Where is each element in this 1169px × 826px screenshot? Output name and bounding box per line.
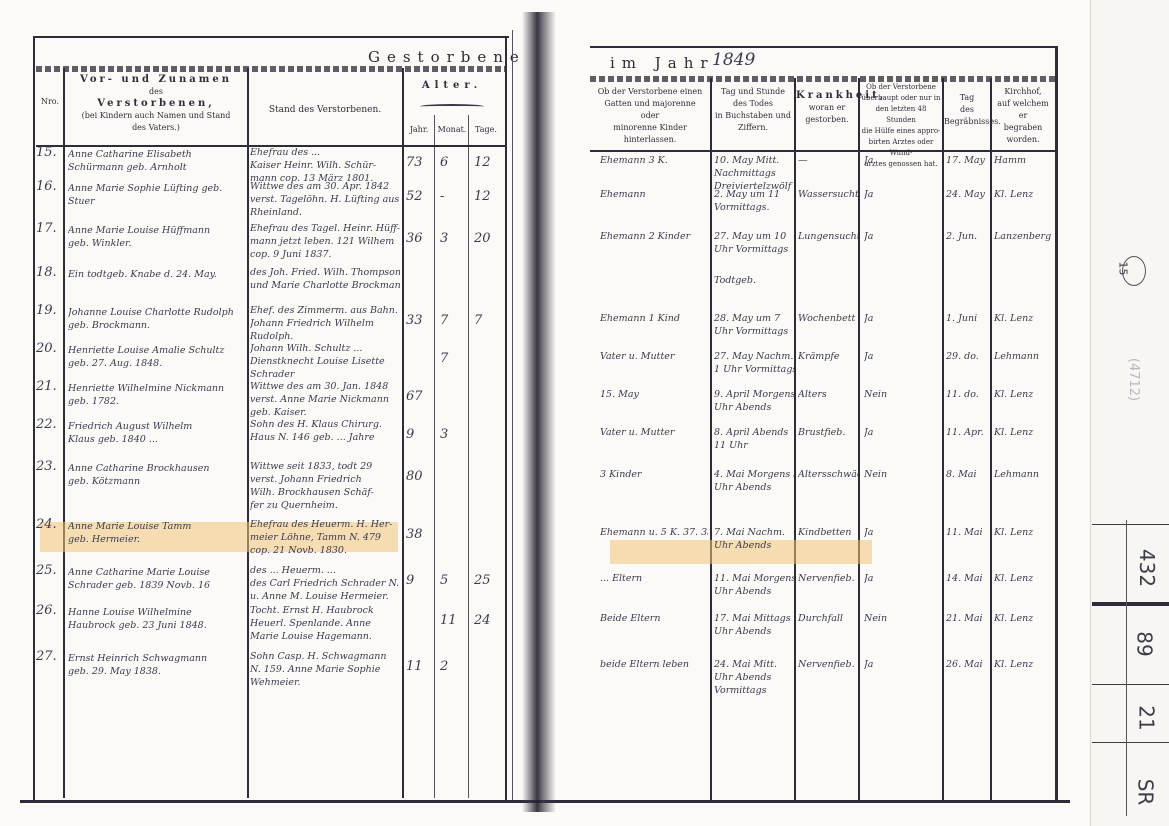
entry-survivors: Ehemann 1 Kind bbox=[600, 312, 708, 325]
entry-doctor: Nein bbox=[864, 468, 940, 481]
entry-stand: des Joh. Fried. Wilh. Thompsonund Marie … bbox=[250, 266, 400, 292]
entry-death-date: 17. Mai MittagsUhr Abends bbox=[714, 612, 794, 638]
entry-stand: Wittwe seit 1833, todt 29verst. Johann F… bbox=[250, 460, 400, 512]
entry-cause: — bbox=[798, 154, 858, 167]
decorative-rule bbox=[590, 76, 1055, 82]
entry-survivors: Ehemann u. 5 K. 37. 33. bbox=[600, 526, 708, 539]
entry-stand: Sohn des H. Klaus Chirurg.Haus N. 146 ge… bbox=[250, 418, 400, 444]
entry-stand: des ... Heuerm. ...des Carl Friedrich Sc… bbox=[250, 564, 400, 603]
header-nr: Nro. bbox=[36, 96, 64, 108]
entry-number: 18. bbox=[36, 266, 62, 279]
entry-age-years: 67 bbox=[406, 390, 434, 403]
entry-death-date: 7. Mai Nachm.Uhr Abends bbox=[714, 526, 794, 552]
grid-line bbox=[942, 78, 944, 800]
grid-line bbox=[710, 78, 712, 800]
circled-page-number: 15 bbox=[1117, 262, 1130, 276]
entry-age-years: 9 bbox=[406, 428, 434, 441]
year-handwritten: 1849 bbox=[712, 50, 755, 70]
entry-death-date: 24. Mai Mitt.Uhr AbendsVormittags bbox=[714, 658, 794, 697]
entry-number: 17. bbox=[36, 222, 62, 235]
entry-stand: Ehefrau des Heuerm. H. Her-meier Löhne, … bbox=[250, 518, 400, 557]
grid-line bbox=[434, 115, 435, 798]
header-alter: Alter. bbox=[404, 80, 500, 92]
entry-age-days: 20 bbox=[474, 232, 502, 245]
entry-cemetery: Kl. Lenz bbox=[994, 572, 1054, 585]
left-page-title: Gestorbene bbox=[368, 48, 526, 66]
entry-name: Anne Catharine Marie LouiseSchrader geb.… bbox=[68, 566, 244, 592]
entry-stand: Ehef. des Zimmerm. aus Bahn.Johann Fried… bbox=[250, 304, 400, 343]
entry-number: 20. bbox=[36, 342, 62, 355]
grid-line bbox=[63, 68, 65, 798]
entry-age-years: 33 bbox=[406, 314, 434, 327]
entry-stand: Wittwe des am 30. Apr. 1842verst. Tagelö… bbox=[250, 180, 400, 219]
entry-stand: Ehefrau des Tagel. Heinr. Hüff-mann jetz… bbox=[250, 222, 400, 261]
entry-stand: Johann Wilh. Schultz ...Dienstknecht Lou… bbox=[250, 342, 400, 381]
entry-doctor: Ja bbox=[864, 426, 940, 439]
grid-line bbox=[512, 30, 513, 800]
entry-age-years: 38 bbox=[406, 528, 434, 541]
header-bottom-rule bbox=[590, 150, 1055, 152]
entry-cause: Brustfieb. bbox=[798, 426, 858, 439]
entry-age-days: 25 bbox=[474, 574, 502, 587]
grid-line bbox=[468, 115, 469, 798]
entry-burial-date: 17. May bbox=[946, 154, 990, 167]
entry-survivors: Ehemann 2 Kinder bbox=[600, 230, 708, 243]
divider bbox=[1092, 524, 1169, 525]
entry-age-years: 80 bbox=[406, 470, 434, 483]
header-begraebniss: TagdesBegräbnisses. bbox=[944, 92, 990, 128]
entry-name: Anne Catharine Brockhausengeb. Kötzmann bbox=[68, 462, 244, 488]
entry-name: Anne Marie Sophie Lüfting geb.Stuer bbox=[68, 182, 244, 208]
entry-survivors: beide Eltern leben bbox=[600, 658, 708, 671]
entry-death-date: 4. Mai Morgens 3.Uhr Abends bbox=[714, 468, 794, 494]
entry-name: Anne Catharine ElisabethSchürmann geb. A… bbox=[68, 148, 244, 174]
entry-name: Ein todtgeb. Knabe d. 24. May. bbox=[68, 268, 244, 281]
entry-cause: Nervenfieb. bbox=[798, 572, 858, 585]
entry-survivors: ... Eltern bbox=[600, 572, 708, 585]
entry-age-months: 7 bbox=[440, 314, 466, 327]
entry-doctor: Ja bbox=[864, 188, 940, 201]
entry-doctor: Ja bbox=[864, 526, 940, 539]
divider bbox=[1092, 684, 1169, 685]
alter-flourish bbox=[420, 104, 484, 109]
divider bbox=[1092, 602, 1169, 606]
entry-death-date: 2. May um 11Vormittags. bbox=[714, 188, 794, 214]
entry-survivors: Beide Eltern bbox=[600, 612, 708, 625]
entry-age-months: 5 bbox=[440, 574, 466, 587]
entry-death-date: 11. Mai Morgens 3.Uhr Abends bbox=[714, 572, 794, 598]
header-name: Vor- und ZunamendesVerstorbenen,(bei Kin… bbox=[66, 74, 246, 134]
entry-name: Anne Marie Louise Hüffmanngeb. Winkler. bbox=[68, 224, 244, 250]
entry-name: Hanne Louise WilhelmineHaubrock geb. 23 … bbox=[68, 606, 244, 632]
entry-number: 16. bbox=[36, 180, 62, 193]
grid-line bbox=[505, 36, 507, 800]
entry-burial-date: 2. Jun. bbox=[946, 230, 990, 243]
entry-doctor: Ja bbox=[864, 312, 940, 325]
entry-number: 15. bbox=[36, 146, 62, 159]
entry-number: 23. bbox=[36, 460, 62, 473]
entry-name: Henriette Louise Amalie Schultzgeb. 27. … bbox=[68, 344, 244, 370]
grid-line bbox=[794, 78, 796, 800]
entry-cemetery: Lanzenberg bbox=[994, 230, 1054, 243]
entry-stand: Tocht. Ernst H. HaubrockHeuerl. Spenland… bbox=[250, 604, 400, 643]
archive-label-3: 21 bbox=[1135, 705, 1159, 730]
grid-line bbox=[247, 68, 249, 798]
entry-cause: Kindbetten bbox=[798, 526, 858, 539]
entry-age-years: 9 bbox=[406, 574, 434, 587]
entry-burial-date: 14. Mai bbox=[946, 572, 990, 585]
entry-burial-date: 21. Mai bbox=[946, 612, 990, 625]
entry-survivors: Vater u. Mutter bbox=[600, 426, 708, 439]
entry-death-date: 8. April Abends11 Uhr bbox=[714, 426, 794, 452]
entry-cause: Altersschwäche bbox=[798, 468, 858, 481]
entry-doctor: Ja bbox=[864, 154, 940, 167]
grid-line bbox=[858, 78, 860, 800]
entry-cemetery: Lehmann bbox=[994, 350, 1054, 363]
archive-label-2: 89 bbox=[1133, 631, 1157, 656]
header-monat: Monat. bbox=[436, 124, 468, 136]
entry-name: Friedrich August WilhelmKlaus geb. 1840 … bbox=[68, 420, 244, 446]
entry-cause: Durchfall bbox=[798, 612, 858, 625]
entry-doctor: Ja bbox=[864, 658, 940, 671]
entry-cemetery: Kl. Lenz bbox=[994, 388, 1054, 401]
entry-survivors: Ehemann 3 K. bbox=[600, 154, 708, 167]
entry-doctor: Ja bbox=[864, 572, 940, 585]
entry-cause: Lungensucht bbox=[798, 230, 858, 243]
entry-cemetery: Kl. Lenz bbox=[994, 612, 1054, 625]
entry-cause: Krämpfe bbox=[798, 350, 858, 363]
header-kirchhof: Kirchhof,auf welchemerbegraben worden. bbox=[992, 86, 1054, 146]
entry-age-months: - bbox=[440, 190, 466, 203]
entry-cemetery: Hamm bbox=[994, 154, 1054, 167]
header-krankheit: Krankheit,woran ergestorben. bbox=[796, 90, 858, 126]
entry-burial-date: 24. May bbox=[946, 188, 990, 201]
entry-survivors: Vater u. Mutter bbox=[600, 350, 708, 363]
grid-line bbox=[990, 78, 992, 800]
entry-death-date: 28. May um 7Uhr Vormittags bbox=[714, 312, 794, 338]
entry-age-days: 7 bbox=[474, 314, 502, 327]
entry-number: 19. bbox=[36, 304, 62, 317]
entry-doctor: Ja bbox=[864, 350, 940, 363]
entry-burial-date: 1. Juni bbox=[946, 312, 990, 325]
entry-name: Anne Marie Louise Tammgeb. Hermeier. bbox=[68, 520, 244, 546]
entry-age-days: 24 bbox=[474, 614, 502, 627]
entry-cemetery: Kl. Lenz bbox=[994, 658, 1054, 671]
entry-stand: Wittwe des am 30. Jan. 1848verst. Anne M… bbox=[250, 380, 400, 419]
grid-line bbox=[402, 68, 404, 798]
entry-age-days: 12 bbox=[474, 156, 502, 169]
entry-doctor: Nein bbox=[864, 612, 940, 625]
entry-age-months: 3 bbox=[440, 232, 466, 245]
entry-burial-date: 11. Apr. bbox=[946, 426, 990, 439]
entry-death-date: Todtgeb. bbox=[714, 274, 794, 287]
entry-cause: Alters bbox=[798, 388, 858, 401]
entry-cemetery: Kl. Lenz bbox=[994, 188, 1054, 201]
entry-number: 21. bbox=[36, 380, 62, 393]
entry-burial-date: 11. do. bbox=[946, 388, 990, 401]
entry-age-years: 52 bbox=[406, 190, 434, 203]
divider-vertical bbox=[1126, 520, 1127, 816]
entry-survivors: 15. May bbox=[600, 388, 708, 401]
entry-age-years: 36 bbox=[406, 232, 434, 245]
divider bbox=[1092, 742, 1169, 743]
entry-death-date: 27. May Nachm.1 Uhr Vormittags bbox=[714, 350, 794, 376]
entry-death-date: 27. May um 10Uhr Vormittags bbox=[714, 230, 794, 256]
entry-name: Johanne Louise Charlotte Rudolphgeb. Bro… bbox=[68, 306, 244, 332]
header-tag-stunde: Tag und Stundedes Todesin Buchstaben und… bbox=[712, 86, 794, 134]
entry-number: 25. bbox=[36, 564, 62, 577]
entry-stand: Sohn Casp. H. SchwagmannN. 159. Anne Mar… bbox=[250, 650, 400, 689]
entry-survivors: 3 Kinder bbox=[600, 468, 708, 481]
entry-number: 24. bbox=[36, 518, 62, 531]
entry-name: Ernst Heinrich Schwagmanngeb. 29. May 18… bbox=[68, 652, 244, 678]
entry-age-years: 73 bbox=[406, 156, 434, 169]
entry-cemetery: Kl. Lenz bbox=[994, 526, 1054, 539]
entry-age-months: 2 bbox=[440, 660, 466, 673]
header-hinterlassen: Ob der Verstorbene einenGatten und major… bbox=[590, 86, 710, 146]
entry-age-months: 7 bbox=[440, 352, 466, 365]
header-stand: Stand des Verstorbenen. bbox=[250, 104, 400, 116]
entry-age-months: 3 bbox=[440, 428, 466, 441]
entry-number: 27. bbox=[36, 650, 62, 663]
decorative-rule bbox=[36, 66, 506, 72]
entry-age-months: 11 bbox=[440, 614, 466, 627]
entry-death-date: 9. April Morgens 2.Uhr Abends bbox=[714, 388, 794, 414]
entry-cemetery: Kl. Lenz bbox=[994, 312, 1054, 325]
header-jahr: Jahr. bbox=[404, 124, 434, 136]
entry-age-days: 12 bbox=[474, 190, 502, 203]
entry-cause: Nervenfieb. bbox=[798, 658, 858, 671]
entry-burial-date: 26. Mai bbox=[946, 658, 990, 671]
entry-burial-date: 11. Mai bbox=[946, 526, 990, 539]
entry-burial-date: 29. do. bbox=[946, 350, 990, 363]
entry-survivors: Ehemann bbox=[600, 188, 708, 201]
entry-cause: Wassersucht bbox=[798, 188, 858, 201]
header-tage: Tage. bbox=[470, 124, 502, 136]
book-binding-gutter bbox=[522, 12, 556, 812]
entry-doctor: Nein bbox=[864, 388, 940, 401]
entry-cause: Wochenbett bbox=[798, 312, 858, 325]
archive-label-4: SR bbox=[1133, 779, 1157, 806]
entry-doctor: Ja bbox=[864, 230, 940, 243]
entry-age-months: 6 bbox=[440, 156, 466, 169]
archive-label-1: 432 bbox=[1135, 549, 1159, 587]
entry-number: 26. bbox=[36, 604, 62, 617]
entry-number: 22. bbox=[36, 418, 62, 431]
entry-name: Henriette Wilhelmine Nickmanngeb. 1782. bbox=[68, 382, 244, 408]
archive-margin-strip bbox=[1090, 0, 1169, 826]
entry-cemetery: Lehmann bbox=[994, 468, 1054, 481]
faint-archive-number: (4712) bbox=[1126, 358, 1141, 401]
entry-burial-date: 8. Mai bbox=[946, 468, 990, 481]
right-page-title: im Jahr bbox=[610, 54, 715, 72]
entry-cemetery: Kl. Lenz bbox=[994, 426, 1054, 439]
entry-age-years: 11 bbox=[406, 660, 434, 673]
